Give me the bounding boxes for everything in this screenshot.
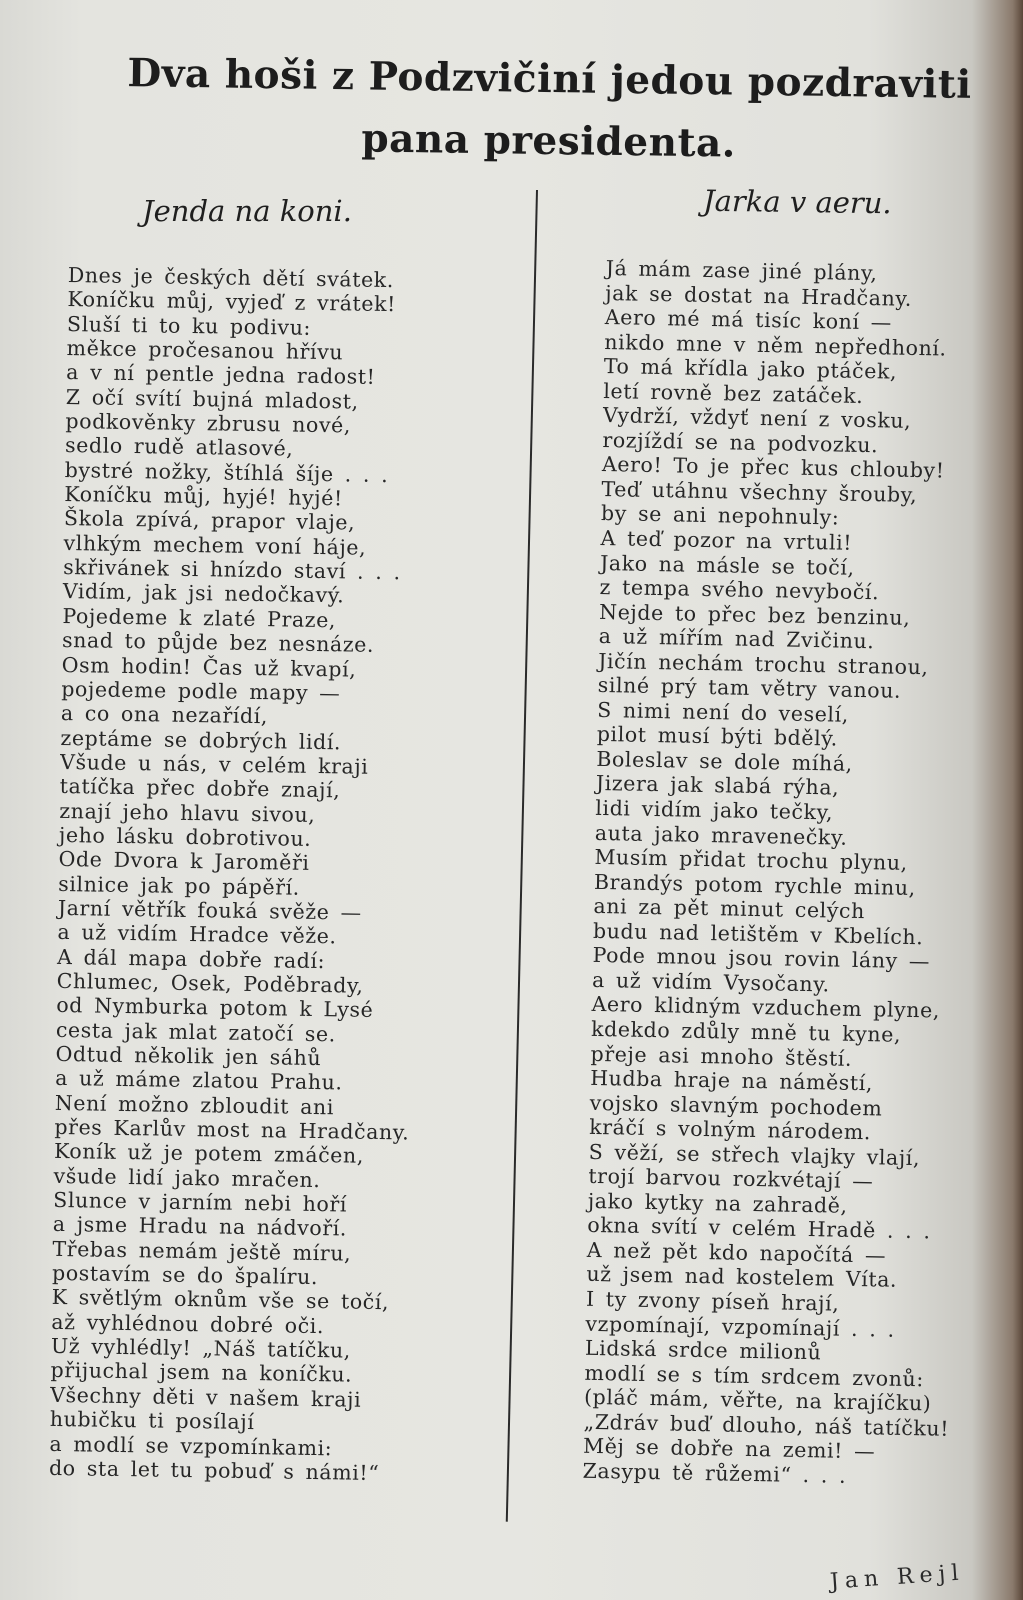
left-column-heading: Jenda na koni. xyxy=(142,194,352,228)
right-column-heading: Jarka v aeru. xyxy=(703,184,892,221)
document-page: Dva hoši z Podzvičiní jedou pozdraviti p… xyxy=(0,0,1023,1600)
column-divider xyxy=(506,190,538,1522)
author-signature: Jan Rejl xyxy=(829,1560,965,1594)
page-title: Dva hoši z Podzvičiní jedou pozdraviti p… xyxy=(118,42,980,178)
left-poem: Dnes je českých dětí svátek.Koníčku můj,… xyxy=(49,263,423,1486)
title-line-1: Dva hoši z Podzvičiní jedou pozdraviti xyxy=(119,42,980,116)
poem-line: do sta let tu pobuď s námi!“ xyxy=(49,1456,404,1486)
title-line-2: pana presidenta. xyxy=(118,104,979,178)
right-poem: Já mám zase jiné plány,jak se dostat na … xyxy=(582,256,971,1490)
